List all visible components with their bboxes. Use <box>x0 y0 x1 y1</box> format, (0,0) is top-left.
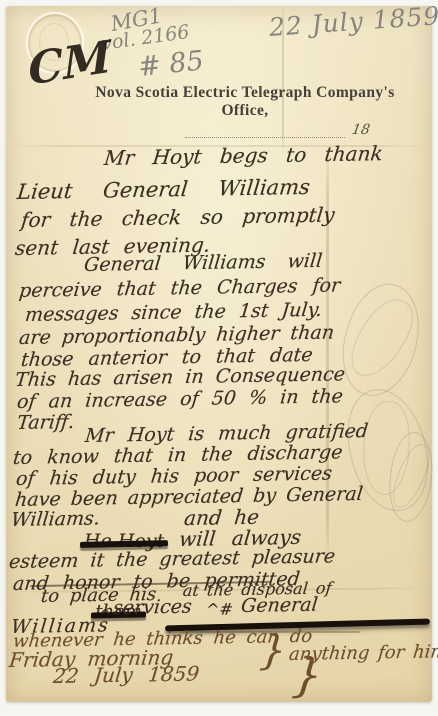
letter-line: services <box>112 596 193 619</box>
letter-line: General Williams will <box>83 250 323 276</box>
ink-brace: } <box>290 647 325 702</box>
letter-line: Williams. <box>10 507 101 531</box>
date-line <box>185 136 345 138</box>
date-year-prefix: 18 <box>351 122 372 138</box>
letter-date: 22 July 1859 <box>52 661 200 688</box>
ink-brace: } <box>258 628 288 674</box>
letter-line: General <box>240 594 319 617</box>
letter-line: Tariff. <box>16 411 76 434</box>
scanned-letter: MG1 vol. 2166 # 85 22 July 1859 CM Nova … <box>0 0 438 716</box>
letter-line: Lieut General Williams <box>16 175 311 204</box>
insertion-caret: ^# <box>205 600 234 619</box>
letterhead-title: Nova Scotia Electric Telegraph Company's… <box>70 84 420 120</box>
letter-line: Mr Hoyt begs to thank <box>103 141 384 170</box>
